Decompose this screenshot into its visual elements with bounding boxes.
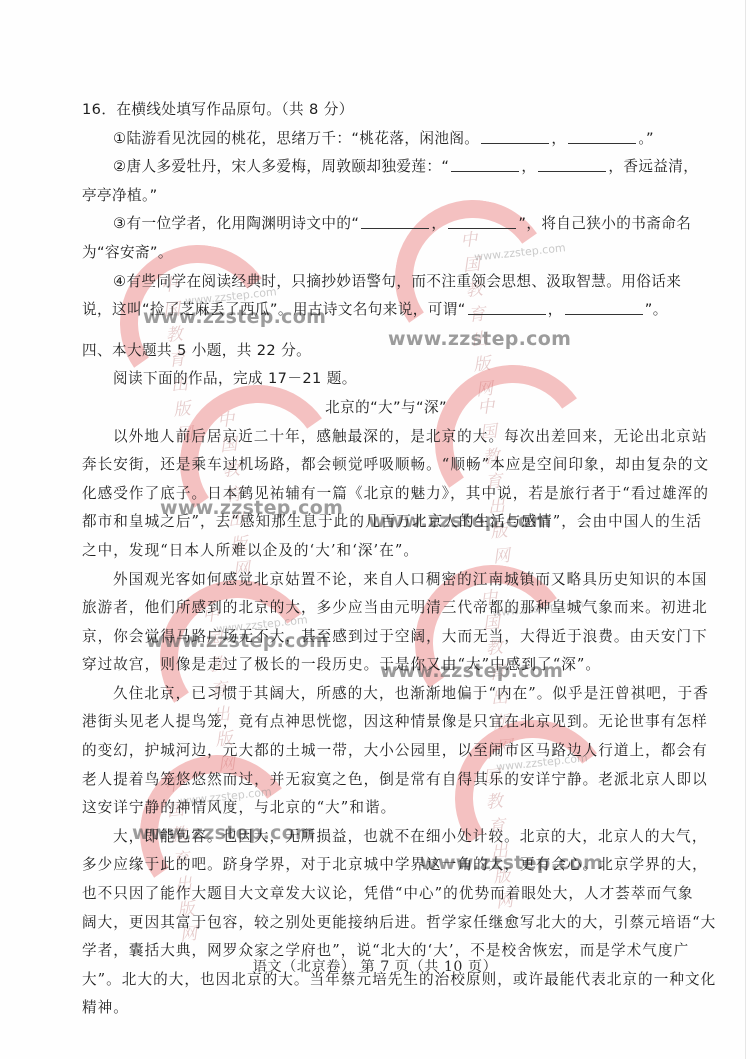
- paragraph-line: 都市和皇城之后”，去“感知那生息于此的几百万北京人的生活与感情”，会由中国人的生…: [82, 508, 670, 537]
- item-3-line-2: 为“容安斋”。: [82, 239, 670, 268]
- item-3-prefix: ③有一位学者，化用陶渊明诗文中的“: [113, 215, 359, 232]
- item-4-line-2: 说，这叫“捡了芝麻丢了西瓜”。用古诗文名句来说，可谓“，”。: [82, 296, 670, 325]
- item-4-sep: ，: [548, 301, 563, 318]
- paragraph-line: 也不只因了能作大题目大文章发大议论，凭借“中心”的优势而着眼处大，人才荟萃而气象: [82, 880, 670, 909]
- page-edge: [745, 0, 746, 1059]
- item-2-prefix: ②唐人多爱牡丹，宋人多爱梅，周敦颐却独爱莲：“: [113, 158, 449, 175]
- answer-blank-1a[interactable]: [481, 127, 549, 144]
- answer-blank-1b[interactable]: [568, 127, 636, 144]
- item-2-suffix: ，香远益清，: [608, 158, 698, 175]
- paragraph-line: 阔大，更因其富于包容，较之别处更能接纳后进。哲学家任继愈写北大的大，引蔡元培语“…: [82, 909, 670, 938]
- exam-page: 中国教育出版网 www.zzstep.com www.zzstep.com 中国…: [0, 0, 750, 1059]
- item-3-sep: ，: [431, 215, 446, 232]
- paragraph-line: 精神。: [82, 994, 670, 1023]
- question-16-item-3: ③有一位学者，化用陶渊明诗文中的“，”，将自己狭小的书斋命名: [82, 210, 670, 239]
- item-1-prefix: ①陆游看见沈园的桃花，思绪万千：“桃花落，闲池阁。: [113, 130, 479, 147]
- article-paragraph-4: 大，即能包容。也因大，无所损益，也就不在细小处计较。北京的大，北京人的大气， 多…: [82, 823, 670, 1023]
- answer-blank-4b[interactable]: [565, 298, 643, 315]
- item-1-suffix: 。”: [638, 130, 654, 147]
- answer-blank-3a[interactable]: [361, 212, 429, 229]
- paragraph-line: 大，即能包容。也因大，无所损益，也就不在细小处计较。北京的大，北京人的大气，: [82, 823, 670, 852]
- paragraph-line: 奔长安街，还是乘车过机场路，都会顿觉呼吸顺畅。“顺畅”本应是空间印象，却由复杂的…: [82, 451, 670, 480]
- article-title: 北京的“大”与“深”: [82, 394, 670, 423]
- page-content: 16．在横线处填写作品原句。（共 8 分） ①陆游看见沈园的桃花，思绪万千：“桃…: [82, 96, 670, 1023]
- question-16-title: 16．在横线处填写作品原句。（共 8 分）: [82, 96, 670, 125]
- paragraph-line: 多少应缘于此的吧。跻身学界，对于北京城中学界这一角的大，更有会心。北京学界的大，: [82, 851, 670, 880]
- article-paragraph-3: 久住北京，已习惯于其阔大，所感的大，也渐渐地偏于“内在”。似乎是汪曾祺吧，于香 …: [82, 680, 670, 823]
- page-footer: 语文（北京卷） 第 7 页（共 10 页）: [0, 956, 750, 976]
- article-paragraph-2: 外国观光客如何感觉北京姑置不论，来自人口稠密的江南城镇而又略具历史知识的本国 旅…: [82, 566, 670, 680]
- item-3-suffix: ”，将自己狭小的书斋命名: [518, 215, 691, 232]
- paragraph-line: 的变幻，护城河边，元大都的土城一带，大小公园里，以至闹市区马路边人行道上，都会有: [82, 737, 670, 766]
- paragraph-line: 以外地人前后居京近二十年，感触最深的，是北京的大。每次出差回来，无论出北京站: [82, 423, 670, 452]
- paragraph-line: 久住北京，已习惯于其阔大，所感的大，也渐渐地偏于“内在”。似乎是汪曾祺吧，于香: [82, 680, 670, 709]
- question-16-item-4: ④有些同学在阅读经典时，只摘抄妙语警句，而不注重领会思想、汲取智慧。用俗话来: [82, 268, 670, 297]
- paragraph-line: 外国观光客如何感觉北京姑置不论，来自人口稠密的江南城镇而又略具历史知识的本国: [82, 566, 670, 595]
- question-16: 16．在横线处填写作品原句。（共 8 分） ①陆游看见沈园的桃花，思绪万千：“桃…: [82, 96, 670, 325]
- answer-blank-2b[interactable]: [538, 155, 606, 172]
- item-4-suffix: ”。: [645, 301, 668, 318]
- paragraph-line: 京，你会觉得马路广场无不大，甚至感到过于空阔，大而无当，大得近于浪费。由天安门下: [82, 623, 670, 652]
- section-4-instruction: 阅读下面的作品，完成 17－21 题。: [82, 365, 670, 394]
- item-2-line-2: 亭亭净植。”: [82, 182, 670, 211]
- paragraph-line: 港街头见老人提鸟笼，竟有点神思恍惚，因这种情景像是只宜在北京见到。无论世事有怎样: [82, 708, 670, 737]
- paragraph-line: 老人提着鸟笼悠悠然而过，并无寂寞之色，倒是常有自得其乐的安详宁静。老派北京人即以: [82, 766, 670, 795]
- answer-blank-2a[interactable]: [451, 155, 519, 172]
- paragraph-line: 化感受作了底子。日本鹤见祐辅有一篇《北京的魅力》，其中说，若是旅行者于“看过雄浑…: [82, 480, 670, 509]
- paragraph-line: 这安详宁静的神情风度，与北京的“大”和谐。: [82, 794, 670, 823]
- section-4-heading: 四、本大题共 5 小题，共 22 分。: [82, 337, 670, 366]
- paragraph-line: 穿过故宫，则像是走过了极长的一段历史。于是你又由“大”中感到了“深”。: [82, 651, 670, 680]
- answer-blank-3b[interactable]: [448, 212, 516, 229]
- section-4: 四、本大题共 5 小题，共 22 分。 阅读下面的作品，完成 17－21 题。 …: [82, 337, 670, 1023]
- paragraph-line: 旅游者，他们所感到的北京的大，多少应当由元明清三代帝都的那种皇城气象而来。初进北: [82, 594, 670, 623]
- paragraph-line: 之中，发现“日本人所难以企及的‘大’和‘深’在”。: [82, 537, 670, 566]
- item-1-sep: ，: [551, 130, 566, 147]
- answer-blank-4a[interactable]: [468, 298, 546, 315]
- item-2-sep: ，: [521, 158, 536, 175]
- question-16-item-2: ②唐人多爱牡丹，宋人多爱梅，周敦颐却独爱莲：“，，香远益清，: [82, 153, 670, 182]
- question-16-item-1: ①陆游看见沈园的桃花，思绪万千：“桃花落，闲池阁。，。”: [82, 125, 670, 154]
- item-4-prefix: 说，这叫“捡了芝麻丢了西瓜”。用古诗文名句来说，可谓“: [82, 301, 466, 318]
- article-paragraph-1: 以外地人前后居京近二十年，感触最深的，是北京的大。每次出差回来，无论出北京站 奔…: [82, 423, 670, 566]
